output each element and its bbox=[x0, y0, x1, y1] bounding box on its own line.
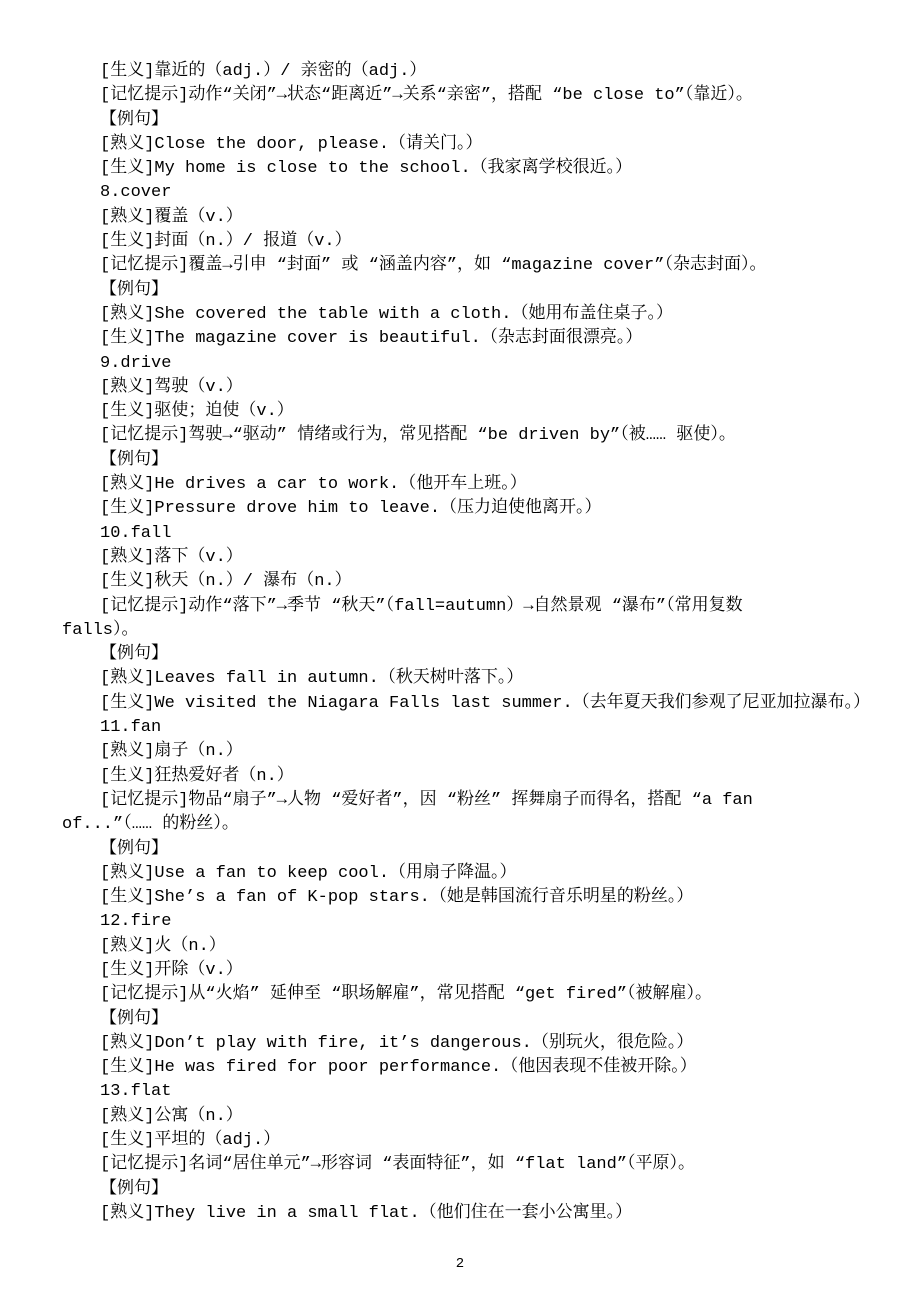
doc-line: 10.fall bbox=[62, 522, 874, 546]
document-lines: [生义]靠近的（adj.）/ 亲密的（adj.）[记忆提示]动作“关闭”→状态“… bbox=[62, 60, 874, 1226]
doc-line: 【例句】 bbox=[62, 449, 874, 473]
doc-line: [记忆提示]从“火焰” 延伸至 “职场解雇”，常见搭配 “get fired”（… bbox=[62, 983, 874, 1007]
doc-line: 【例句】 bbox=[62, 1178, 874, 1202]
doc-line: [生义]平坦的（adj.） bbox=[62, 1129, 874, 1153]
doc-line: [生义]靠近的（adj.）/ 亲密的（adj.） bbox=[62, 60, 874, 84]
page-number: 2 bbox=[0, 1256, 920, 1272]
doc-line: 12.fire bbox=[62, 910, 874, 934]
doc-line: 9.drive bbox=[62, 352, 874, 376]
doc-line: 13.flat bbox=[62, 1080, 874, 1104]
doc-line: [熟义]火（n.） bbox=[62, 935, 874, 959]
doc-line: of...”（…… 的粉丝）。 bbox=[62, 813, 874, 837]
doc-line: 【例句】 bbox=[62, 643, 874, 667]
doc-line: [记忆提示]覆盖→引申 “封面” 或 “涵盖内容”，如 “magazine co… bbox=[62, 254, 874, 278]
doc-line: [熟义]驾驶（v.） bbox=[62, 376, 874, 400]
doc-line: [熟义]She covered the table with a cloth.（… bbox=[62, 303, 874, 327]
doc-line: [生义]We visited the Niagara Falls last su… bbox=[62, 692, 874, 716]
doc-line: [生义]驱使；迫使（v.） bbox=[62, 400, 874, 424]
doc-line: 【例句】 bbox=[62, 109, 874, 133]
doc-line: [生义]My home is close to the school.（我家离学… bbox=[62, 157, 874, 181]
document-page: [生义]靠近的（adj.）/ 亲密的（adj.）[记忆提示]动作“关闭”→状态“… bbox=[0, 0, 920, 1302]
doc-line: falls）。 bbox=[62, 619, 874, 643]
doc-line: [熟义]Close the door, please.（请关门。） bbox=[62, 133, 874, 157]
doc-line: [熟义]落下（v.） bbox=[62, 546, 874, 570]
doc-line: [熟义]Use a fan to keep cool.（用扇子降温。） bbox=[62, 862, 874, 886]
doc-line: [熟义]He drives a car to work.（他开车上班。） bbox=[62, 473, 874, 497]
doc-line: [生义]She’s a fan of K-pop stars.（她是韩国流行音乐… bbox=[62, 886, 874, 910]
doc-line: [熟义]扇子（n.） bbox=[62, 740, 874, 764]
doc-line: [熟义]覆盖（v.） bbox=[62, 206, 874, 230]
doc-line: [记忆提示]物品“扇子”→人物 “爱好者”，因 “粉丝” 挥舞扇子而得名，搭配 … bbox=[62, 789, 874, 813]
doc-line: 8.cover bbox=[62, 181, 874, 205]
doc-line: 【例句】 bbox=[62, 838, 874, 862]
doc-line: [生义]The magazine cover is beautiful.（杂志封… bbox=[62, 327, 874, 351]
doc-line: [熟义]Leaves fall in autumn.（秋天树叶落下。） bbox=[62, 667, 874, 691]
doc-line: [生义]开除（v.） bbox=[62, 959, 874, 983]
doc-line: [生义]Pressure drove him to leave.（压力迫使他离开… bbox=[62, 497, 874, 521]
doc-line: [记忆提示]动作“落下”→季节 “秋天”（fall=autumn）→自然景观 “… bbox=[62, 595, 874, 619]
doc-line: [记忆提示]动作“关闭”→状态“距离近”→关系“亲密”，搭配 “be close… bbox=[62, 84, 874, 108]
doc-line: [生义]He was fired for poor performance.（他… bbox=[62, 1056, 874, 1080]
doc-line: [生义]封面（n.）/ 报道（v.） bbox=[62, 230, 874, 254]
doc-line: 【例句】 bbox=[62, 279, 874, 303]
doc-line: [记忆提示]驾驶→“驱动” 情绪或行为，常见搭配 “be driven by”（… bbox=[62, 424, 874, 448]
doc-line: [熟义]They live in a small flat.（他们住在一套小公寓… bbox=[62, 1202, 874, 1226]
doc-line: [记忆提示]名词“居住单元”→形容词 “表面特征”，如 “flat land”（… bbox=[62, 1153, 874, 1177]
doc-line: [熟义]公寓（n.） bbox=[62, 1105, 874, 1129]
doc-line: [生义]秋天（n.）/ 瀑布（n.） bbox=[62, 570, 874, 594]
doc-line: 11.fan bbox=[62, 716, 874, 740]
doc-line: [生义]狂热爱好者（n.） bbox=[62, 765, 874, 789]
doc-line: [熟义]Don’t play with fire, it’s dangerous… bbox=[62, 1032, 874, 1056]
doc-line: 【例句】 bbox=[62, 1008, 874, 1032]
